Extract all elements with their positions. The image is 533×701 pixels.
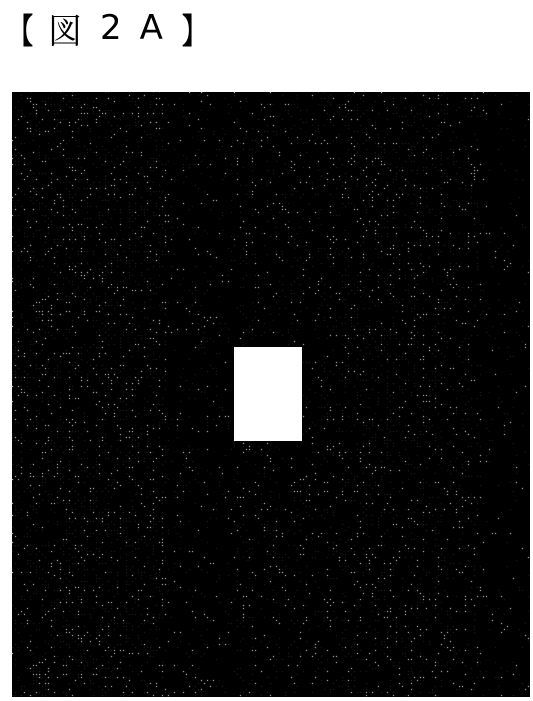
center-white-rectangle bbox=[234, 347, 302, 441]
figure-label: 【 図 2 A 】 bbox=[4, 6, 211, 50]
figure-label-open-bracket: 【 bbox=[9, 4, 33, 53]
figure-label-kanji: 図 bbox=[48, 4, 82, 53]
figure-label-close-bracket: 】 bbox=[182, 4, 206, 53]
figure-label-letter: A bbox=[140, 8, 163, 48]
figure-label-number: 2 bbox=[100, 8, 122, 48]
noise-image bbox=[12, 92, 530, 697]
